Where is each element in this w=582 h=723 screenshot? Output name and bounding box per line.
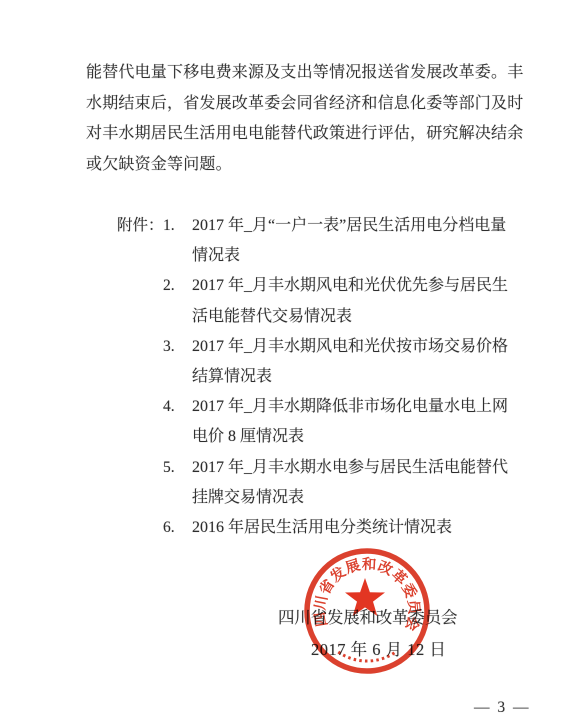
attachment-item-wrap: 电价 8 厘情况表 <box>117 422 508 452</box>
attachment-item: 4. 2017 年_月丰水期降低非市场化电量水电上网 <box>117 392 508 422</box>
attachment-title-continued: 挂牌交易情况表 <box>192 483 508 513</box>
body-paragraph: 能替代电量下移电费来源及支出等情况报送省发展改革委。丰 水期结束后，省发展改革委… <box>86 58 524 180</box>
attachment-item-wrap: 情况表 <box>117 241 508 271</box>
attachment-title: 2017 年_月“一户一表”居民生活用电分档电量 <box>192 211 508 241</box>
attachments-list: 附件： 1. 2017 年_月“一户一表”居民生活用电分档电量 情况表 2. 2… <box>117 211 508 543</box>
attachment-item: 5. 2017 年_月丰水期水电参与居民生活电能替代 <box>117 453 508 483</box>
attachment-title-continued: 结算情况表 <box>192 362 508 392</box>
attachment-number: 2. <box>163 271 192 301</box>
attachment-number: 6. <box>163 513 192 543</box>
attachment-title: 2017 年_月丰水期水电参与居民生活电能替代 <box>192 453 508 483</box>
paragraph-line: 对丰水期居民生活用电电能替代政策进行评估，研究解决结余 <box>86 119 524 150</box>
attachment-number: 3. <box>163 332 192 362</box>
attachment-item: 6. 2016 年居民生活用电分类统计情况表 <box>117 513 508 543</box>
paragraph-line: 或欠缺资金等问题。 <box>86 150 524 181</box>
attachment-title: 2017 年_月丰水期降低非市场化电量水电上网 <box>192 392 508 422</box>
attachment-item: 2. 2017 年_月丰水期风电和光伏优先参与居民生 <box>117 271 508 301</box>
attachments-label: 附件： <box>117 211 163 241</box>
attachment-title-continued: 电价 8 厘情况表 <box>192 422 508 452</box>
attachment-title: 2016 年居民生活用电分类统计情况表 <box>192 513 508 543</box>
attachment-title: 2017 年_月丰水期风电和光伏按市场交易价格 <box>192 332 508 362</box>
attachment-title-continued: 活电能替代交易情况表 <box>192 302 508 332</box>
attachment-number: 5. <box>163 453 192 483</box>
attachment-item-wrap: 挂牌交易情况表 <box>117 483 508 513</box>
attachment-title-continued: 情况表 <box>192 241 508 271</box>
attachment-item: 附件： 1. 2017 年_月“一户一表”居民生活用电分档电量 <box>117 211 508 241</box>
attachment-item: 3. 2017 年_月丰水期风电和光伏按市场交易价格 <box>117 332 508 362</box>
paragraph-line: 能替代电量下移电费来源及支出等情况报送省发展改革委。丰 <box>86 58 524 89</box>
document-page: 能替代电量下移电费来源及支出等情况报送省发展改革委。丰 水期结束后，省发展改革委… <box>0 0 582 723</box>
paragraph-line: 水期结束后，省发展改革委会同省经济和信息化委等部门及时 <box>86 89 524 120</box>
attachment-title: 2017 年_月丰水期风电和光伏优先参与居民生 <box>192 271 508 301</box>
attachment-item-wrap: 活电能替代交易情况表 <box>117 302 508 332</box>
attachment-number: 4. <box>163 392 192 422</box>
signature-organization: 四川省发展和改革委员会 <box>278 609 457 626</box>
attachment-number: 1. <box>163 211 192 241</box>
attachment-item-wrap: 结算情况表 <box>117 362 508 392</box>
signature-date: 2017 年 6 月 12 日 <box>311 641 446 658</box>
page-number: — 3 — <box>474 699 531 717</box>
